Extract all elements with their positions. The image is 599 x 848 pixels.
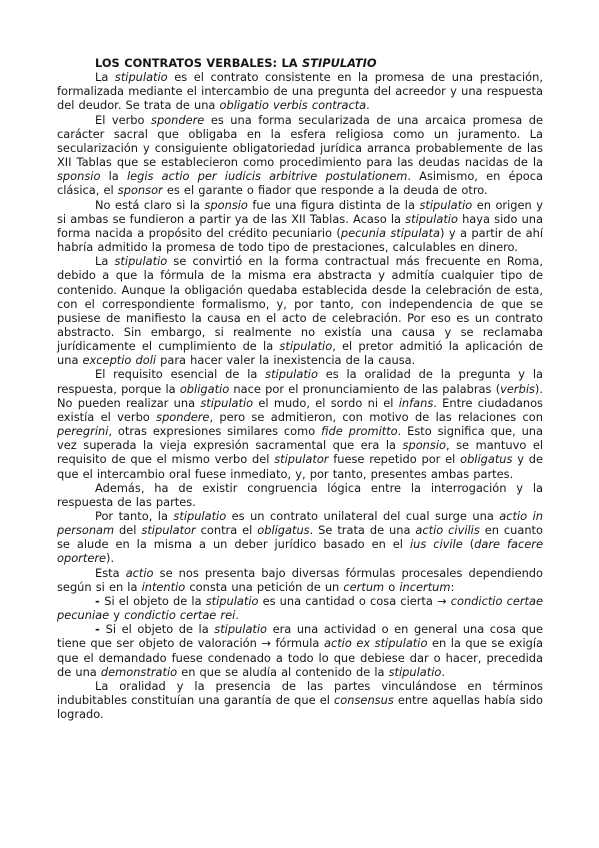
text-run: El requisito esencial de la (95, 367, 265, 381)
text-run: es el garante o fiador que responde a la… (163, 183, 488, 197)
text-run: obligatio verbis contracta (220, 98, 367, 112)
text-run: , otras expresiones similares como (108, 424, 321, 438)
paragraph-orality-requirement: El requisito esencial de la stipulatio e… (57, 367, 543, 480)
text-run: actio ex stipulatio (324, 636, 427, 650)
text-run: spondere (151, 113, 204, 127)
text-run: . (441, 665, 445, 679)
text-run: fuese repetido por el (328, 452, 460, 466)
text-run: obligatus (257, 523, 309, 537)
text-run: Además, ha de existir congruencia lógica… (57, 481, 543, 509)
paragraph-abstract-contract: La stipulatio se convirtió en la forma c… (57, 254, 543, 367)
paragraph-congruence: Además, ha de existir congruencia lógica… (57, 481, 543, 509)
text-run: El verbo (95, 113, 151, 127)
text-run: Esta (95, 566, 126, 580)
text-run: stipulatio (200, 396, 253, 410)
document-title: LOS CONTRATOS VERBALES: LA STIPULATIO (57, 56, 543, 70)
text-run: actio civilis (415, 523, 479, 537)
text-run: obligatus (460, 452, 512, 466)
text-run: y (109, 608, 124, 622)
text-run: spondere (156, 410, 209, 424)
text-run: - (95, 622, 106, 636)
text-run: - (95, 594, 104, 608)
text-run: . Se trata de una (310, 523, 416, 537)
text-run: es una cantidad o cosa cierta → (258, 594, 450, 608)
text-run: stipulator (274, 452, 328, 466)
document-page: LOS CONTRATOS VERBALES: LA STIPULATIO La… (0, 0, 599, 848)
text-run: fide promitto (321, 424, 398, 438)
text-run: Por tanto, la (95, 509, 173, 523)
text-run: La (95, 254, 115, 268)
text-run: incertum (399, 580, 450, 594)
text-run: Si el objeto de la (106, 622, 215, 636)
text-run: , pero se admitieron, con motivo de las … (209, 410, 543, 424)
text-run: sponsor (118, 183, 163, 197)
text-run: fue una figura distinta de la (248, 198, 420, 212)
paragraph-unilateral-contract: Por tanto, la stipulatio es un contrato … (57, 509, 543, 566)
text-run: para hacer valer la inexistencia de la c… (156, 353, 415, 367)
text-run: LOS CONTRATOS VERBALES: LA (95, 56, 302, 70)
text-run: stipulatio (405, 212, 458, 226)
text-run: No está claro si la (95, 198, 204, 212)
text-run: pecunia stipulata (341, 226, 440, 240)
paragraph-sponsio-stipulatio: No está claro si la sponsio fue una figu… (57, 198, 543, 255)
paragraph-definition: La stipulatio es el contrato consistente… (57, 70, 543, 112)
text-run: stipulatio (389, 665, 442, 679)
text-run: stipulatio (214, 622, 267, 636)
text-run: actio (126, 566, 154, 580)
text-run: o (384, 580, 399, 594)
text-run: ). (106, 551, 114, 565)
text-run: stipulator (141, 523, 195, 537)
text-run: demonstratio (101, 665, 177, 679)
text-run: stipulatio (115, 70, 168, 84)
text-run: contra el (196, 523, 258, 537)
text-run: stipulatio (173, 509, 226, 523)
text-run: La (95, 70, 115, 84)
paragraph-consensus: La oralidad y la presencia de las partes… (57, 679, 543, 721)
text-run: verbis (500, 382, 535, 396)
text-run: condictio certae rei (124, 608, 235, 622)
text-run: stipulatio (206, 594, 259, 608)
text-run: sponsio (57, 169, 100, 183)
text-run: del (114, 523, 141, 537)
text-run: stipulatio (265, 367, 318, 381)
text-run: stipulatio (115, 254, 168, 268)
paragraph-formulas: Esta actio se nos presenta bajo diversas… (57, 566, 543, 594)
text-run: en que se aludía al contenido de la (177, 665, 389, 679)
text-run: consta una petición de un (185, 580, 343, 594)
text-run: ( (463, 537, 474, 551)
text-run: STIPULATIO (302, 56, 376, 70)
bullet-incertum: - Si el objeto de la stipulatio era una … (57, 622, 543, 679)
text-run: : (451, 580, 455, 594)
text-run: el mudo, el sordo ni el (253, 396, 399, 410)
text-run: es un contrato unilateral del cual surge… (226, 509, 499, 523)
text-run: la (100, 169, 127, 183)
bullet-certum: - Si el objeto de la stipulatio es una c… (57, 594, 543, 622)
text-run: stipulatio (419, 198, 472, 212)
text-run: consensus (334, 693, 394, 707)
text-run: . (366, 98, 370, 112)
text-run: Si el objeto de la (104, 594, 205, 608)
text-run: certum (343, 580, 384, 594)
text-run: exceptio doli (83, 353, 157, 367)
text-run: infans (399, 396, 434, 410)
text-run: legis actio per iudicis arbitrive postul… (127, 169, 407, 183)
text-run: ius civile (410, 537, 463, 551)
text-run: . (235, 608, 239, 622)
text-run: nace por el pronunciamiento de las palab… (229, 382, 500, 396)
text-run: intentio (142, 580, 186, 594)
text-run: obligatio (180, 382, 229, 396)
text-run: peregrini (57, 424, 108, 438)
paragraph-spondere-origin: El verbo spondere es una forma seculariz… (57, 113, 543, 198)
text-run: sponsio (403, 438, 446, 452)
text-run: stipulatio (279, 339, 332, 353)
text-run: sponsio (204, 198, 247, 212)
